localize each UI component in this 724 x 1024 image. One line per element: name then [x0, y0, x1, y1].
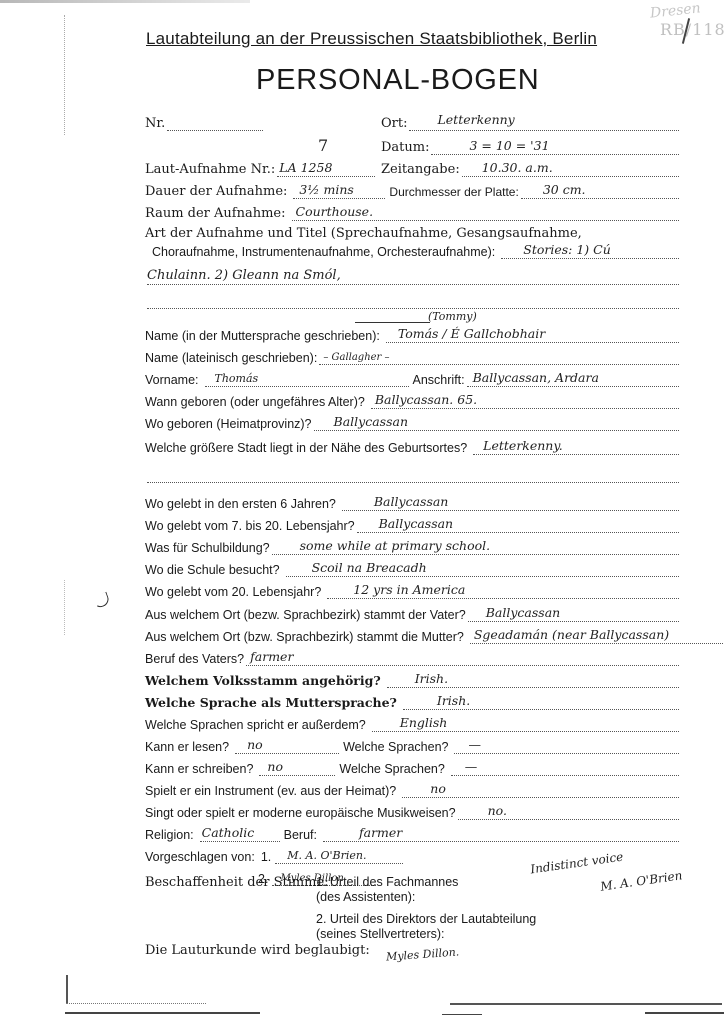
durchmesser-label: Durchmesser der Platte:: [389, 185, 518, 199]
name-latein-label: Name (lateinisch geschrieben):: [145, 351, 317, 365]
instrument-field[interactable]: no: [402, 783, 679, 798]
page-title: PERSONAL-BOGEN: [256, 64, 540, 97]
datum-row: Datum: 3 = 10 = '31: [381, 140, 681, 155]
geboren-wann-row: Wann geboren (oder ungefähres Alter)? Ba…: [145, 394, 681, 409]
volksstamm-row: Welchem Volksstamm angehörig? Irish.: [145, 673, 681, 688]
nr-row: Nr.: [145, 116, 265, 131]
nr-label: Nr.: [145, 116, 165, 131]
vorname-label: Vorname:: [145, 373, 199, 387]
anschrift-field[interactable]: Ballycassan, Ardara: [467, 372, 679, 387]
geboren-wann-field[interactable]: Ballycassan. 65.: [371, 394, 679, 409]
art-row-3: [145, 294, 681, 309]
dauer-row: Dauer der Aufnahme: 3½ mins Durchmesser …: [145, 184, 681, 199]
raum-field[interactable]: Courthouse.: [292, 206, 680, 221]
voice-label: Beschaffenheit der Stimme:: [145, 875, 329, 890]
mutter-ort-row: Aus welchem Ort (bzw. Sprachbezirk) stam…: [145, 629, 724, 644]
scan-artifact: [645, 1012, 724, 1014]
geboren-wo-label: Wo geboren (Heimatprovinz)?: [145, 417, 312, 431]
certification-label: Die Lauturkunde wird beglaubigt:: [145, 943, 370, 958]
bis20-row: Wo gelebt vom 7. bis 20. Lebensjahr? Bal…: [145, 518, 681, 533]
scan-artifact: [442, 1014, 482, 1015]
scan-artifact: [64, 580, 67, 635]
ort-label: Ort:: [381, 116, 407, 131]
scan-artifact: [66, 1003, 206, 1005]
lesen-sprachen-label: Welche Sprachen?: [343, 740, 448, 754]
muttersprache-row: Welche Sprache als Muttersprache? Irish.: [145, 695, 681, 710]
nr-field[interactable]: [167, 116, 263, 131]
certification-signature: Myles Dillon.: [386, 945, 460, 963]
volksstamm-label: Welchem Volksstamm angehörig?: [145, 673, 381, 688]
proposal-row-1: Vorgeschlagen von: 1. M. A. O'Brien.: [145, 849, 405, 864]
schulbildung-row: Was für Schulbildung? some while at prim…: [145, 540, 681, 555]
ort-row: Ort: Letterkenny: [381, 116, 681, 131]
durchmesser-field[interactable]: 30 cm.: [521, 184, 679, 199]
proposal-field-1[interactable]: M. A. O'Brien.: [275, 849, 403, 864]
erste6-field[interactable]: Ballycassan: [342, 496, 679, 511]
name-latein-field[interactable]: – Gallagher –: [319, 350, 679, 365]
stadt-row-2: [145, 468, 681, 483]
vorname-row: Vorname: Thomás Anschrift: Ballycassan, …: [145, 372, 681, 387]
stadt-field-2[interactable]: [147, 468, 679, 483]
beruf-label: Beruf:: [284, 828, 317, 842]
lesen-row: Kann er lesen? no Welche Sprachen? —: [145, 739, 681, 754]
proposal-num-1: 1.: [261, 850, 271, 864]
beruf-vater-row: Beruf des Vaters? farmer: [145, 651, 681, 666]
geboren-wo-field[interactable]: Ballycassan: [314, 416, 679, 431]
schulbildung-field[interactable]: some while at primary school.: [272, 540, 679, 555]
instrument-label: Spielt er ein Instrument (ev. aus der He…: [145, 784, 396, 798]
vater-ort-label: Aus welchem Ort (bezw. Sprachbezirk) sta…: [145, 608, 466, 622]
laut-nr-row: Laut-Aufnahme Nr.: LA 1258: [145, 162, 377, 177]
ab20-field[interactable]: 12 yrs in America: [327, 584, 679, 599]
archive-stamp-bottom: RB/118: [660, 20, 724, 39]
side-note-line2: M. A. O'Brien: [599, 868, 683, 893]
vater-ort-field[interactable]: Ballycassan: [468, 607, 679, 622]
proposal-label: Vorgeschlagen von:: [145, 850, 255, 864]
laut-nr-label: Laut-Aufnahme Nr.:: [145, 162, 275, 177]
beruf-vater-field[interactable]: farmer: [246, 651, 679, 666]
zeitangabe-field[interactable]: 10.30. a.m.: [462, 162, 679, 177]
voice-item-2: 2. Urteil des Direktors der Lautabteilun…: [316, 912, 536, 942]
erste6-row: Wo gelebt in den ersten 6 Jahren? Ballyc…: [145, 496, 681, 511]
muttersprache-label: Welche Sprache als Muttersprache?: [145, 695, 397, 710]
instrument-row: Spielt er ein Instrument (ev. aus der He…: [145, 783, 681, 798]
ort-field[interactable]: Letterkenny: [409, 116, 679, 131]
scan-artifact: [65, 1012, 260, 1014]
zeitangabe-label: Zeitangabe:: [381, 162, 460, 177]
art-row-1: Choraufnahme, Instrumentenaufnahme, Orch…: [152, 244, 681, 259]
margin-pencil-mark: [91, 592, 110, 610]
name-mutter-label: Name (in der Muttersprache geschrieben):: [145, 329, 380, 343]
geboren-wo-row: Wo geboren (Heimatprovinz)? Ballycassan: [145, 416, 681, 431]
scan-artifact: [64, 15, 67, 135]
schreiben-field[interactable]: no: [259, 761, 335, 776]
scan-artifact: [450, 1003, 722, 1005]
nickname-annotation: (Tommy): [428, 310, 477, 323]
ab20-row: Wo gelebt vom 20. Lebensjahr? 12 yrs in …: [145, 584, 681, 599]
schreiben-sprachen-field[interactable]: —: [451, 761, 679, 776]
sprachen-label: Welche Sprachen spricht er außerdem?: [145, 718, 366, 732]
stadt-field[interactable]: Letterkenny.: [473, 440, 679, 455]
vater-ort-row: Aus welchem Ort (bezw. Sprachbezirk) sta…: [145, 607, 681, 622]
lesen-sprachen-field[interactable]: —: [454, 739, 679, 754]
art-label-line2: Choraufnahme, Instrumentenaufnahme, Orch…: [152, 245, 495, 259]
name-mutter-row: Name (in der Muttersprache geschrieben):…: [145, 328, 681, 343]
mutter-ort-field[interactable]: Sgeadamán (near Ballycassan): [470, 629, 723, 644]
name-mutter-field[interactable]: Tomás / É Gallchobhair: [386, 328, 679, 343]
beruf-field[interactable]: farmer: [323, 827, 679, 842]
datum-field[interactable]: 3 = 10 = '31: [431, 140, 679, 155]
mutter-ort-label: Aus welchem Ort (bzw. Sprachbezirk) stam…: [145, 630, 464, 644]
institution-header: Lautabteilung an der Preussischen Staats…: [146, 29, 597, 49]
stadt-label: Welche größere Stadt liegt in der Nähe d…: [145, 441, 467, 455]
erste6-label: Wo gelebt in den ersten 6 Jahren?: [145, 497, 336, 511]
schule-row: Wo die Schule besucht? Scoil na Breacadh: [145, 562, 681, 577]
bis20-field[interactable]: Ballycassan: [357, 518, 679, 533]
schule-label: Wo die Schule besucht?: [145, 563, 280, 577]
art-field-3[interactable]: [147, 294, 679, 309]
beruf-vater-label: Beruf des Vaters?: [145, 652, 244, 666]
ab20-label: Wo gelebt vom 20. Lebensjahr?: [145, 585, 321, 599]
dauer-label: Dauer der Aufnahme:: [145, 184, 287, 199]
muttersprache-field[interactable]: Irish.: [403, 695, 679, 710]
sprachen-row: Welche Sprachen spricht er außerdem? Eng…: [145, 717, 681, 732]
lesen-field[interactable]: no: [235, 739, 339, 754]
art-label-line1: Art der Aufnahme und Titel (Sprechaufnah…: [145, 226, 582, 241]
laut-nr-field[interactable]: LA 1258: [277, 162, 375, 177]
zeitangabe-row: Zeitangabe: 10.30. a.m.: [381, 162, 681, 177]
schulbildung-label: Was für Schulbildung?: [145, 541, 270, 555]
schreiben-sprachen-label: Welche Sprachen?: [339, 762, 444, 776]
musik-row: Singt oder spielt er moderne europäische…: [145, 805, 681, 820]
schreiben-row: Kann er schreiben? no Welche Sprachen? —: [145, 761, 681, 776]
religion-label: Religion:: [145, 828, 194, 842]
margin-note-7: 7: [318, 136, 328, 155]
stadt-row: Welche größere Stadt liegt in der Nähe d…: [145, 440, 681, 455]
art-row-2: Chulainn. 2) Gleann na Smól,: [145, 270, 681, 285]
datum-label: Datum:: [381, 140, 429, 155]
anschrift-label: Anschrift:: [413, 373, 465, 387]
scan-artifact: [66, 975, 68, 1003]
volksstamm-field[interactable]: Irish.: [387, 673, 679, 688]
name-latein-row: Name (lateinisch geschrieben): – Gallagh…: [145, 350, 681, 365]
musik-label: Singt oder spielt er moderne europäische…: [145, 806, 456, 820]
art-field-2[interactable]: Chulainn. 2) Gleann na Smól,: [147, 270, 679, 285]
art-field-1[interactable]: Stories: 1) Cú: [501, 244, 679, 259]
vorname-field[interactable]: Thomás: [205, 372, 409, 387]
bis20-label: Wo gelebt vom 7. bis 20. Lebensjahr?: [145, 519, 355, 533]
scan-artifact: [0, 0, 250, 3]
sprachen-field[interactable]: English: [372, 717, 679, 732]
schule-field[interactable]: Scoil na Breacadh: [286, 562, 679, 577]
geboren-wann-label: Wann geboren (oder ungefähres Alter)?: [145, 395, 365, 409]
lesen-label: Kann er lesen?: [145, 740, 229, 754]
religion-row: Religion: Catholic Beruf: farmer: [145, 827, 681, 842]
raum-row: Raum der Aufnahme: Courthouse.: [145, 206, 681, 221]
schreiben-label: Kann er schreiben?: [145, 762, 253, 776]
voice-item-1: 1. Urteil des Fachmannes (des Assistente…: [316, 875, 458, 905]
musik-field[interactable]: no.: [458, 805, 679, 820]
raum-label: Raum der Aufnahme:: [145, 206, 286, 221]
religion-field[interactable]: Catholic: [200, 827, 280, 842]
annotation-line: [355, 322, 430, 323]
dauer-field[interactable]: 3½ mins: [293, 184, 385, 199]
archive-stamp-top: Dresen: [649, 0, 701, 21]
side-note-line1: Indistinct voice: [529, 850, 624, 877]
